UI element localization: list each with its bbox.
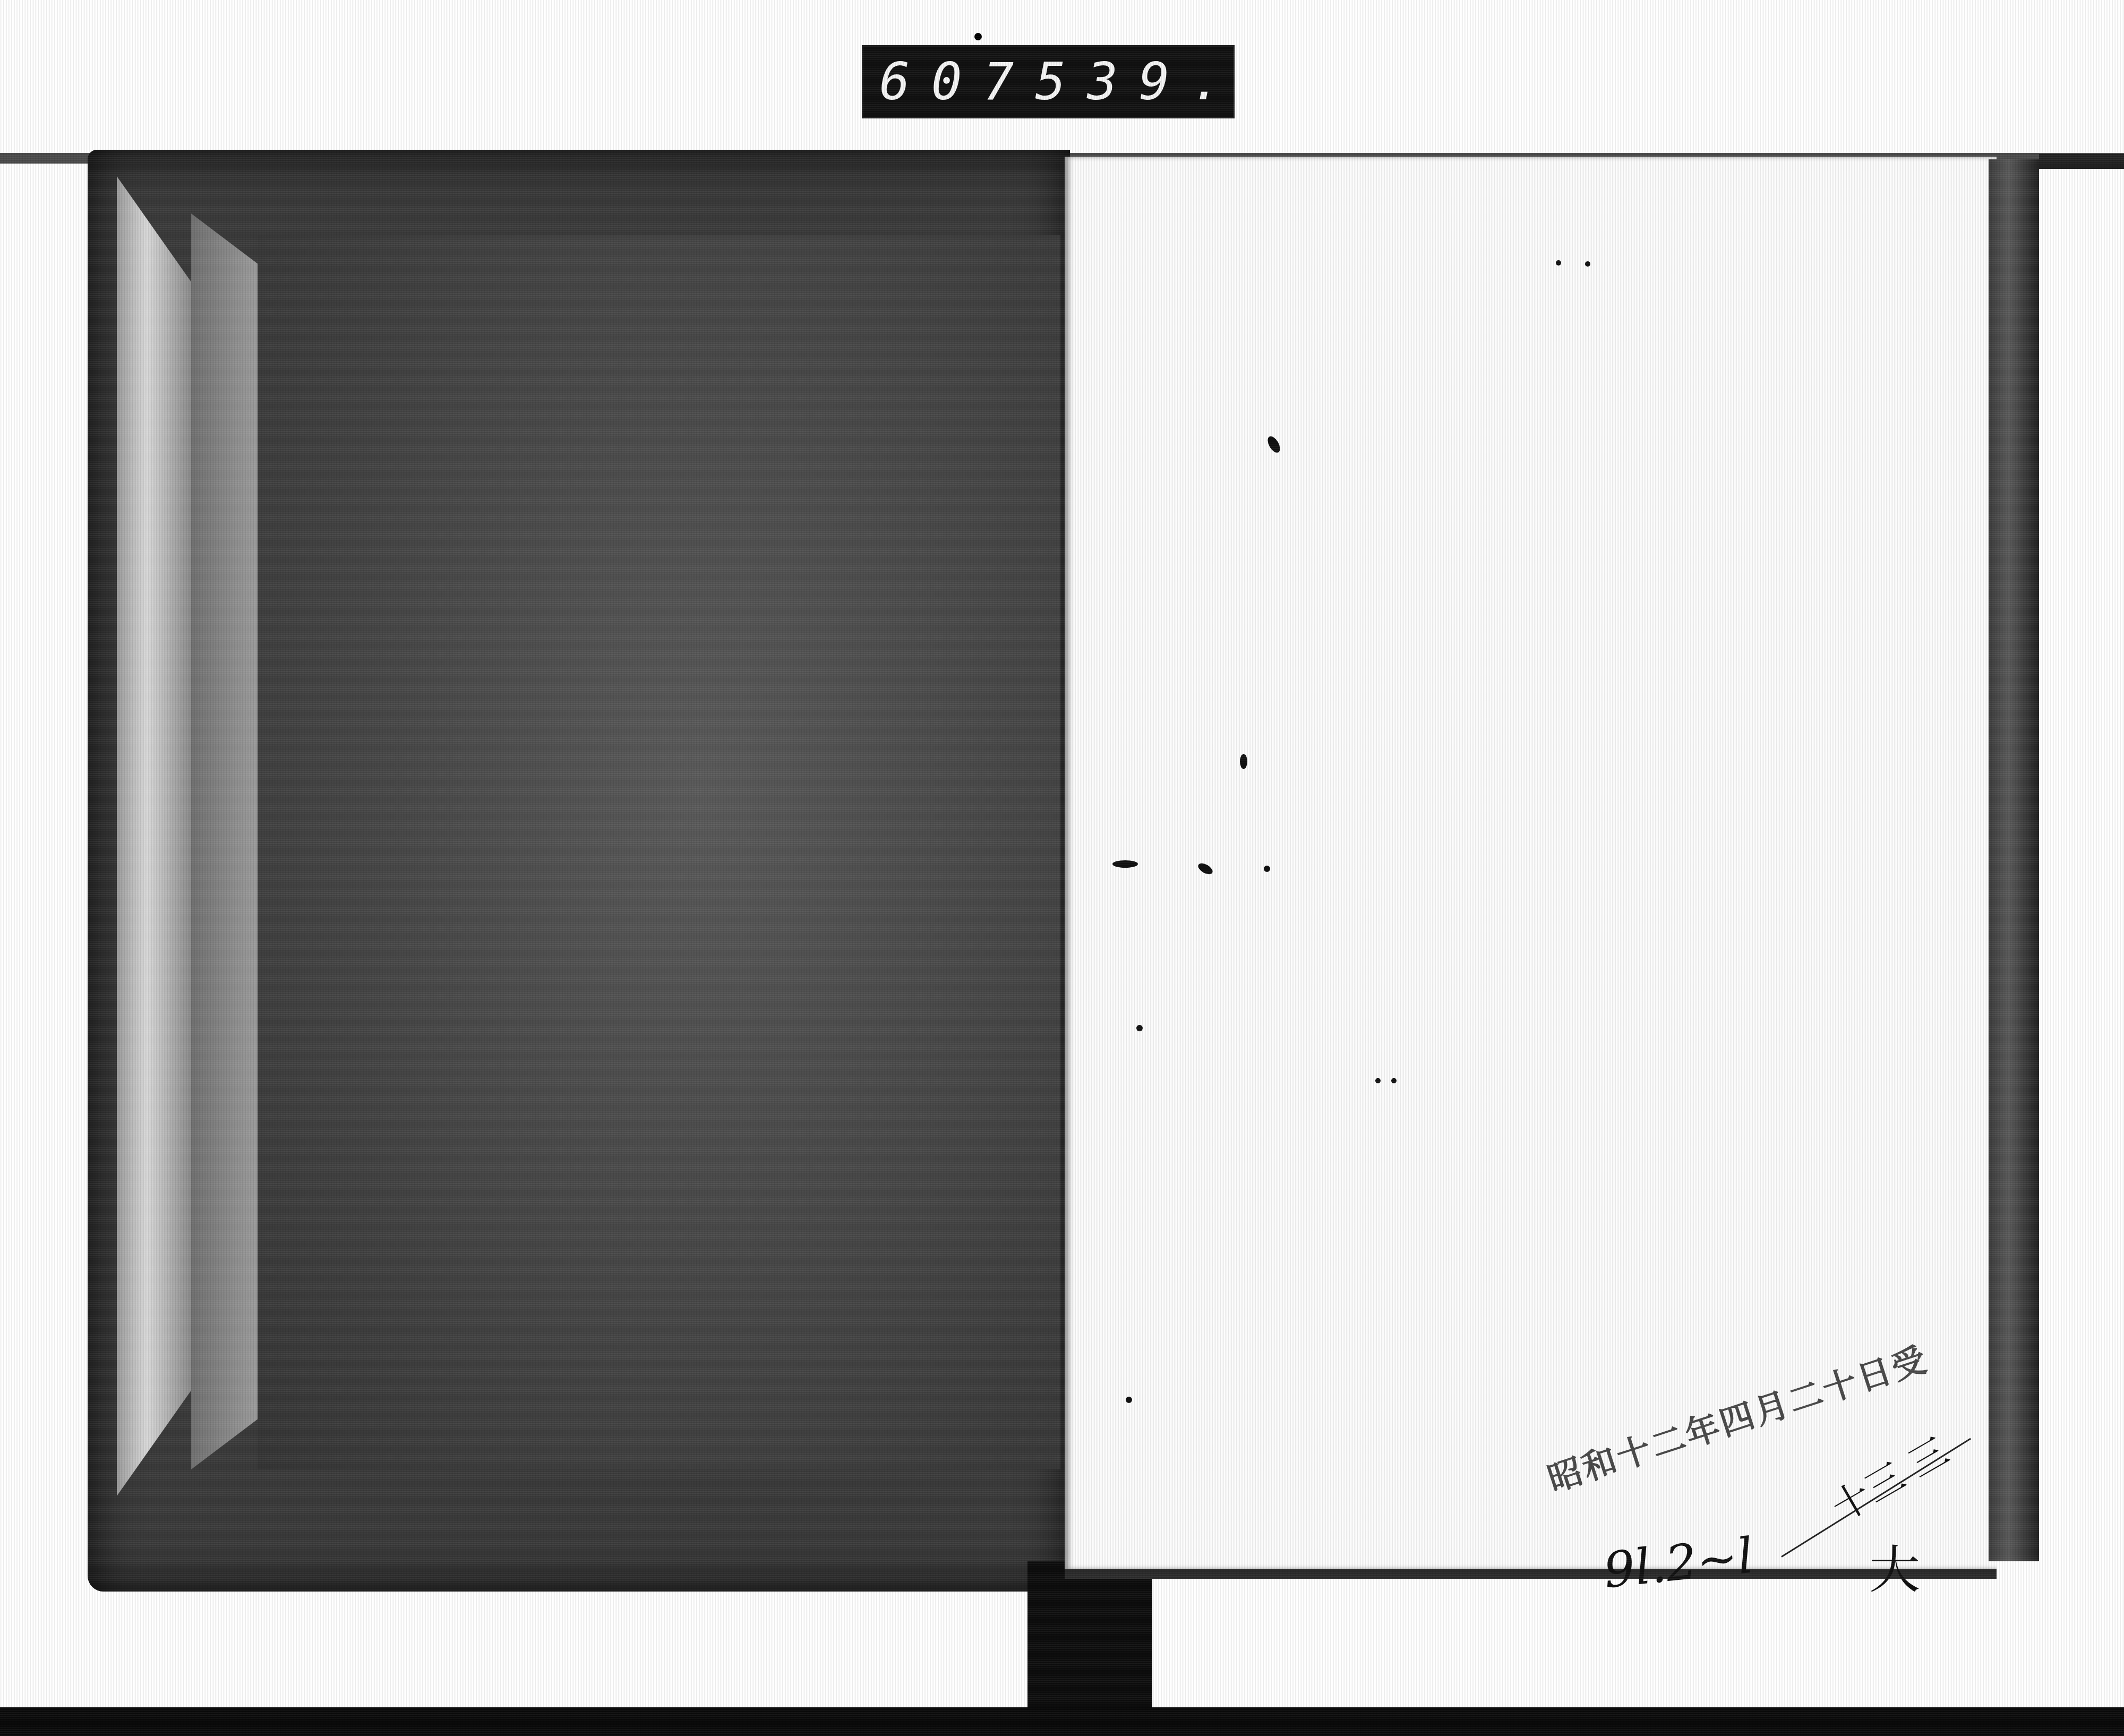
- ink-speck: [1240, 754, 1247, 769]
- ink-speck: [1136, 1025, 1143, 1031]
- ink-speck: [1585, 261, 1590, 267]
- frame-counter-right: 539.: [1035, 52, 1243, 112]
- ink-speck: [1391, 1078, 1397, 1083]
- bottom-film-border: [0, 1707, 2124, 1736]
- ink-speck: [1264, 866, 1270, 872]
- left-cover-board: [88, 150, 1070, 1592]
- frame-counter: 607 539.: [862, 45, 1235, 118]
- ink-speck: [1126, 1397, 1132, 1403]
- registration-dot: [974, 33, 982, 40]
- cover-inner-panel: [258, 235, 1060, 1469]
- ink-speck: [1556, 260, 1561, 266]
- ink-speck: [1375, 1078, 1381, 1083]
- frame-counter-left: 607: [879, 52, 1035, 112]
- right-page-edge: [1989, 159, 2039, 1561]
- ink-speck: [1112, 860, 1138, 868]
- cover-bevel: [191, 213, 258, 1469]
- right-edge-cap: [2039, 154, 2124, 169]
- cover-edge: [117, 176, 191, 1496]
- handwritten-mark: 大: [1869, 1529, 1920, 1602]
